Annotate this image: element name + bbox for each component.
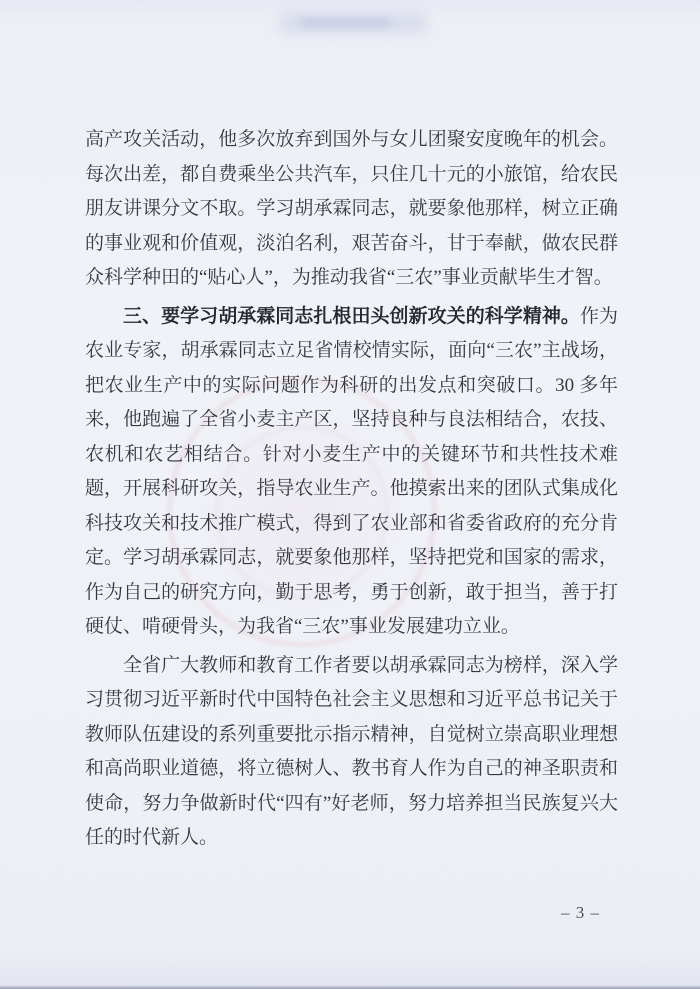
paragraph-text: 高产攻关活动，他多次放弃到国外与女儿团聚安度晚年的机会。每次出差，都自费乘坐公共… bbox=[85, 129, 618, 288]
paragraph-text: 作为农业专家，胡承霖同志立足省情校情实际，面向“三农”主战场，把农业生产中的实际… bbox=[85, 306, 618, 638]
page-number: – 3 – bbox=[561, 903, 600, 923]
body-paragraph: 三、要学习胡承霖同志扎根田头创新攻关的科学精神。作为农业专家，胡承霖同志立足省情… bbox=[85, 300, 618, 645]
paragraph-text: 全省广大教师和教育工作者要以胡承霖同志为榜样，深入学习贯彻习近平新时代中国特色社… bbox=[85, 655, 618, 849]
section-heading: 三、要学习胡承霖同志扎根田头创新攻关的科学精神。 bbox=[123, 306, 580, 327]
body-paragraph: 全省广大教师和教育工作者要以胡承霖同志为榜样，深入学习贯彻习近平新时代中国特色社… bbox=[85, 649, 618, 856]
page-bottom-edge bbox=[0, 985, 700, 989]
body-paragraph: 高产攻关活动，他多次放弃到国外与女儿团聚安度晚年的机会。每次出差，都自费乘坐公共… bbox=[85, 123, 618, 296]
ink-bleed-smudge bbox=[300, 18, 390, 28]
document-page: 高产攻关活动，他多次放弃到国外与女儿团聚安度晚年的机会。每次出差，都自费乘坐公共… bbox=[0, 0, 700, 989]
document-body: 高产攻关活动，他多次放弃到国外与女儿团聚安度晚年的机会。每次出差，都自费乘坐公共… bbox=[85, 123, 618, 856]
